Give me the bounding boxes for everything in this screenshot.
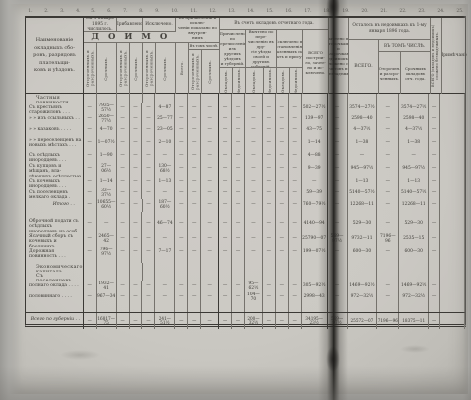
- cell: —: [188, 313, 201, 329]
- cell: —: [276, 151, 289, 162]
- cell: —: [219, 136, 232, 151]
- cell: —: [429, 162, 440, 177]
- subcol-total: Всего.: [176, 43, 189, 94]
- cell: —: [263, 103, 276, 114]
- cell: —: [276, 177, 289, 188]
- cell: —: [188, 177, 201, 188]
- cell: 3574—27½: [348, 103, 378, 114]
- cell: —: [130, 162, 143, 177]
- table-row: » » переселенцевъ на новыхъ мѣстахъ . . …: [26, 136, 465, 151]
- cell: —: [117, 232, 130, 247]
- cell: [143, 263, 156, 272]
- cell: —: [289, 199, 302, 212]
- cell: —: [429, 151, 440, 162]
- cell: 9—39: [302, 162, 328, 177]
- cell: [276, 272, 289, 281]
- cell: 305—92½: [302, 281, 328, 292]
- cell: —: [289, 232, 302, 247]
- cell: [440, 125, 465, 136]
- row-label: полнаго оклада . . . .: [26, 281, 84, 292]
- cell: —: [289, 103, 302, 114]
- cell: —: [188, 232, 201, 247]
- cell: [440, 103, 465, 114]
- cell: —: [201, 188, 219, 199]
- cell: —: [289, 162, 302, 177]
- cell: —: [219, 125, 232, 136]
- cell: —: [188, 151, 201, 162]
- cell: —: [219, 188, 232, 199]
- cell: —: [201, 199, 219, 212]
- g5-deducted-to-other: Вычтено по пере- численію въ дру- гіе уѣ…: [246, 30, 277, 68]
- cell: —: [263, 247, 276, 258]
- cell: —: [188, 247, 201, 258]
- g5-sub-oklad-3: Окладовъ.: [277, 68, 290, 94]
- cell: —: [201, 125, 219, 136]
- cell: —: [117, 114, 130, 125]
- cell: 33—37½: [97, 188, 117, 199]
- cell: —: [142, 232, 155, 247]
- cell: 7935—57½: [97, 103, 117, 114]
- cell: [399, 94, 429, 103]
- cell: —: [328, 103, 348, 114]
- cell: —: [232, 162, 245, 177]
- cell: —: [245, 199, 263, 212]
- cell: —: [232, 125, 245, 136]
- cell: 43—75: [302, 125, 328, 136]
- cell: [97, 263, 117, 272]
- cell: 3574—27½: [399, 103, 429, 114]
- cell: [117, 94, 130, 103]
- table-row: Съ кочевыхъ инородцевъ . . .—1—14———1—13…: [26, 177, 465, 188]
- cell: 4—87: [155, 103, 175, 114]
- cell: —: [232, 217, 245, 232]
- cell: 187—60½: [155, 199, 175, 212]
- cell: [348, 263, 378, 272]
- cell: —: [155, 151, 175, 162]
- arrears-ledger-table: Наименованіе окладныхъ сбо- ровъ, разряд…: [25, 16, 466, 327]
- cell: 12268—11: [348, 199, 378, 212]
- cell: [97, 94, 117, 103]
- cell: [328, 303, 348, 312]
- cell: —: [377, 125, 399, 136]
- cell: [245, 272, 263, 281]
- cell: —: [245, 188, 263, 199]
- cell: [97, 272, 117, 281]
- cell: —: [232, 247, 245, 258]
- column-number: 5.: [92, 8, 96, 13]
- cell: —: [142, 313, 155, 329]
- table-body: Частныя повинности.Съ крестьянъ старожил…: [26, 94, 465, 329]
- cell: —: [142, 292, 155, 303]
- cell: —: [188, 114, 201, 125]
- cell: —: [377, 281, 399, 292]
- cell: 241—51½: [155, 313, 175, 329]
- cell: —: [377, 247, 399, 258]
- cell: —: [219, 199, 232, 212]
- cell: —: [429, 292, 440, 303]
- cell: [440, 217, 465, 232]
- cell: —: [429, 217, 440, 232]
- cell: 1—14: [302, 136, 328, 151]
- cell: 200—32½: [245, 313, 263, 329]
- table-header: Наименованіе окладныхъ сбо- ровъ, разряд…: [26, 18, 465, 94]
- column-number: 15.: [266, 8, 273, 13]
- cell: [175, 94, 188, 103]
- cell: [399, 303, 429, 312]
- cell: [348, 272, 378, 281]
- row-label: » » изъ ссыльныхъ . .: [26, 114, 84, 125]
- table-row: Частныя повинности.: [26, 94, 465, 103]
- cell: [142, 303, 155, 312]
- cell: [219, 263, 232, 272]
- cell: 18375—11: [399, 313, 429, 329]
- cell: —: [276, 199, 289, 212]
- cell: —: [328, 125, 348, 136]
- g5-sub-oklad-1: Окладовъ.: [220, 68, 233, 94]
- cell: —: [232, 199, 245, 212]
- g7-in-that-number: Въ томъ числѣ.: [379, 40, 431, 52]
- row-label-column-title: Наименованіе окладныхъ сбо- ровъ, разряд…: [26, 18, 84, 94]
- cell: [302, 263, 328, 272]
- cell: [440, 114, 465, 125]
- cell: 34195—23½: [302, 313, 328, 329]
- cell: [289, 272, 302, 281]
- cell: —: [263, 281, 276, 292]
- cell: —: [263, 162, 276, 177]
- cell: 59—39: [302, 188, 328, 199]
- cell: [155, 263, 175, 272]
- cell: —: [117, 125, 130, 136]
- header-total-written-off: ВСЕГО (окладовъ и недоимокъ) сложено без…: [431, 18, 442, 94]
- cell: —: [142, 136, 155, 151]
- cell: [440, 177, 465, 188]
- cell: 1—13: [155, 177, 175, 188]
- cell: —: [245, 103, 263, 114]
- cell: [276, 94, 289, 103]
- cell: [263, 303, 276, 312]
- g5-sub-nedoimok-1: Недоимокъ.: [233, 68, 246, 94]
- table-row: Итого . .—10655—60½———187—60½—————————76…: [26, 199, 465, 212]
- cell: [84, 272, 97, 281]
- g5-total-received: ВСЕГО поступи- ло, зачте- но и ис- ключе…: [303, 30, 329, 94]
- cell: —: [130, 136, 143, 151]
- row-label: Съ кочевыхъ инородцевъ . . .: [26, 177, 84, 188]
- cell: [440, 232, 465, 247]
- cell: —: [245, 177, 263, 188]
- cell: 5140—57½: [399, 188, 429, 199]
- cell: —: [232, 188, 245, 199]
- cell: [155, 94, 175, 103]
- header-deducted-by-deferral: Вычтено по отсрочкамъ и разсрочкамъ недо…: [329, 18, 349, 94]
- table-row: » » казаковъ . . . .—4—70———23—05———————…: [26, 125, 465, 136]
- cell: —: [175, 281, 188, 292]
- cell: 1469—92½: [348, 281, 378, 292]
- cell: —: [130, 199, 143, 212]
- cell: [188, 272, 201, 281]
- cell: —: [175, 292, 188, 303]
- scanned-ledger-page: 1.2.3.4.5.6.7.8.9.10.11.12.13.14.15.16.1…: [0, 0, 471, 400]
- cell: —: [377, 151, 399, 162]
- cell: 1—07½: [97, 136, 117, 151]
- cell: —: [84, 313, 97, 329]
- cell: —: [232, 151, 245, 162]
- cell: —: [429, 114, 440, 125]
- cell: —: [175, 177, 188, 188]
- cell: 1932—41: [97, 281, 117, 292]
- cell: —: [201, 232, 219, 247]
- cell: —: [117, 151, 130, 162]
- cell: —: [117, 281, 130, 292]
- cell: —: [130, 217, 143, 232]
- cell: —: [263, 313, 276, 329]
- cell: [188, 94, 201, 103]
- row-label: Экономическаго капитала.: [26, 263, 84, 272]
- cell: —: [219, 232, 232, 247]
- cell: 7196—96: [377, 232, 399, 247]
- cell: —: [263, 292, 276, 303]
- subcol-current-4: Срочныхъ.: [202, 50, 220, 94]
- cell: 2998—43: [302, 292, 328, 303]
- cell: —: [201, 247, 219, 258]
- column-number: 6.: [107, 8, 111, 13]
- cell: —: [84, 199, 97, 212]
- cell: —: [175, 136, 188, 151]
- cell: [84, 263, 97, 272]
- g5-sub-nedoimok-3: Недоимокъ.: [290, 68, 303, 94]
- cell: [201, 263, 219, 272]
- cell: —: [175, 232, 188, 247]
- row-label: [26, 303, 84, 312]
- subcol-deferred-1: Отсроченныхъ и разсроченныхъ.: [84, 43, 97, 94]
- cell: —: [142, 281, 155, 292]
- cell: [143, 94, 156, 103]
- cell: —: [232, 292, 245, 303]
- cell: —: [117, 292, 130, 303]
- cell: [440, 199, 465, 212]
- header-group-remaining: Осталось въ недоимкахъ къ 1-му января 18…: [349, 18, 431, 40]
- cell: [328, 94, 348, 103]
- cell: 2535—15: [399, 232, 429, 247]
- cell: —: [142, 151, 155, 162]
- cell: 139—97: [302, 114, 328, 125]
- cell: —: [219, 162, 232, 177]
- cell: —: [377, 136, 399, 151]
- row-label: Съ осѣдлыхъ инородцевъ . . .: [26, 151, 84, 162]
- g5-sub-nedoimok-2: Недоимокъ.: [264, 68, 277, 94]
- cell: —: [276, 136, 289, 151]
- cell: —: [328, 188, 348, 199]
- cell: [201, 303, 219, 312]
- cell: —: [377, 188, 399, 199]
- row-label: Съ крестьянъ старожиловъ . . .: [26, 103, 84, 114]
- cell: —: [201, 114, 219, 125]
- cell: —: [155, 281, 175, 292]
- cell: —: [130, 313, 143, 329]
- cell: [429, 94, 440, 103]
- cell: —: [276, 247, 289, 258]
- cell: —: [201, 281, 219, 292]
- cell: —: [175, 199, 188, 212]
- column-numbers: 1.2.3.4.5.6.7.8.9.10.11.12.13.14.15.16.1…: [28, 8, 464, 14]
- cell: —: [263, 188, 276, 199]
- column-number: 14.: [247, 8, 254, 13]
- cell: [175, 303, 188, 312]
- cell: —: [232, 313, 245, 329]
- column-number: 8.: [139, 8, 143, 13]
- column-number: 13.: [228, 8, 235, 13]
- cell: —: [276, 103, 289, 114]
- cell: 10655—60½: [97, 199, 117, 212]
- cell: [175, 272, 188, 281]
- cell: [440, 263, 465, 272]
- cell: —: [142, 247, 155, 258]
- cell: —: [377, 103, 399, 114]
- cell: —: [289, 217, 302, 232]
- table-row: Съ поселенцевъ.: [26, 272, 465, 281]
- cell: [440, 136, 465, 151]
- cell: [302, 303, 328, 312]
- header-group-transfers: Въ причисленіи и исклю- ченіи показано п…: [176, 18, 220, 43]
- cell: —: [130, 232, 143, 247]
- cell: —: [84, 247, 97, 258]
- column-number: 23.: [418, 8, 425, 13]
- table-row: » » изъ ссыльныхъ . .—2650—77½———25—77——…: [26, 114, 465, 125]
- cell: [399, 263, 429, 272]
- cell: 529—30: [348, 217, 378, 232]
- cell: —: [276, 292, 289, 303]
- cell: —: [175, 103, 188, 114]
- cell: —: [245, 136, 263, 151]
- cell: —: [130, 125, 143, 136]
- cell: —: [328, 247, 348, 258]
- cell: 1—90: [97, 151, 117, 162]
- cell: —: [84, 151, 97, 162]
- table-row: Съ осѣдлыхъ инородцевъ . . .—1—90———————…: [26, 151, 465, 162]
- table-row: Съ купцовъ и мѣщанъ, вла- дѣющихъ осѣдло…: [26, 162, 465, 177]
- cell: —: [276, 281, 289, 292]
- cell: —: [130, 281, 143, 292]
- cell: —: [245, 125, 263, 136]
- g5-excluded-by-resolution: Исключено по постановленіямъ казенныхъ п…: [277, 30, 303, 68]
- column-number: 12.: [209, 8, 216, 13]
- column-number: 21.: [380, 8, 387, 13]
- cell: [219, 272, 232, 281]
- cell: —: [143, 199, 156, 212]
- cell: —: [117, 177, 130, 188]
- cell: —: [130, 247, 143, 258]
- cell: 16817—75: [97, 313, 117, 329]
- cell: 2—10: [155, 136, 175, 151]
- cell: —: [263, 199, 276, 212]
- page-edge-bottom: [0, 366, 471, 400]
- cell: 4—37½: [399, 125, 429, 136]
- column-number: 9.: [155, 8, 159, 13]
- cell: 95—62½: [245, 281, 263, 292]
- cell: [232, 263, 245, 272]
- cell: 796—97½: [97, 247, 117, 258]
- cell: —: [175, 217, 188, 232]
- row-label: Дорожная повинность . . .: [26, 247, 84, 258]
- cell: —: [219, 103, 232, 114]
- subheader-in-that-number: Въ томъ числѣ.: [189, 43, 220, 50]
- cell: 1—38: [348, 136, 378, 151]
- row-label: Итого . .: [26, 199, 84, 212]
- cell: —: [289, 247, 302, 258]
- cell: 104—70: [245, 292, 263, 303]
- cell: 2650—77½: [97, 114, 117, 125]
- cell: 4—37½: [348, 125, 378, 136]
- subcol-deferred-2: Отсроченныхъ и разсроченныхъ.: [117, 43, 130, 94]
- cell: —: [142, 217, 155, 232]
- cell: —: [429, 232, 440, 247]
- cell: —: [289, 292, 302, 303]
- g7-current: Срочныхъ окладовъ отч. года.: [401, 52, 431, 94]
- cell: —: [201, 162, 219, 177]
- cell: —: [117, 217, 130, 232]
- cell: —: [429, 136, 440, 151]
- cell: —: [429, 313, 440, 329]
- cell: —: [175, 162, 188, 177]
- row-label: Частныя повинности.: [26, 94, 84, 103]
- cell: —: [201, 177, 219, 188]
- cell: [440, 188, 465, 199]
- cell: —: [276, 125, 289, 136]
- row-label: » » казаковъ . . . .: [26, 125, 84, 136]
- cell: [429, 303, 440, 312]
- column-number: 16.: [285, 8, 292, 13]
- cell: 7—17: [155, 247, 175, 258]
- column-number: 4.: [76, 8, 80, 13]
- g5-sub-oklad-2: Окладовъ.: [246, 68, 264, 94]
- page-edge-right: [463, 0, 471, 400]
- cell: —: [263, 151, 276, 162]
- scan-smudge: [60, 350, 100, 360]
- cell: —: [263, 177, 276, 188]
- cell: [143, 272, 156, 281]
- cell: —: [328, 217, 348, 232]
- cell: [263, 94, 276, 103]
- cell: —: [188, 281, 201, 292]
- cell: —: [84, 217, 97, 232]
- table-row: полнаго оклада . . . .—1932—41—————————9…: [26, 281, 465, 292]
- cell: —: [188, 162, 201, 177]
- cell: [155, 303, 175, 312]
- cell: —: [348, 151, 378, 162]
- cell: 9732—11: [348, 232, 378, 247]
- cell: 4140—94: [302, 217, 328, 232]
- cell: [302, 94, 328, 103]
- table-row: половиннаго . . . .—967—34—————————104—7…: [26, 292, 465, 303]
- cell: [155, 272, 175, 281]
- table-row: Съ поселенцевъ мелкаго оклада .—33—37½——…: [26, 188, 465, 199]
- cell: [232, 94, 245, 103]
- cell: [440, 292, 465, 303]
- cell: 5140—57½: [348, 188, 378, 199]
- cell: —: [429, 188, 440, 199]
- row-label: Всего по губерніи . .: [26, 313, 84, 329]
- cell: [429, 272, 440, 281]
- cell: —: [188, 188, 201, 199]
- cell: —: [245, 247, 263, 258]
- cell: 972—32½: [399, 292, 429, 303]
- cell: 1—38: [399, 136, 429, 151]
- column-number: 18.: [323, 8, 330, 13]
- header-group-excluded: Исключено.: [143, 18, 176, 32]
- cell: 945—97½: [348, 162, 378, 177]
- page-edge-left: [0, 0, 22, 400]
- cell: —: [117, 162, 130, 177]
- cell: —: [276, 114, 289, 125]
